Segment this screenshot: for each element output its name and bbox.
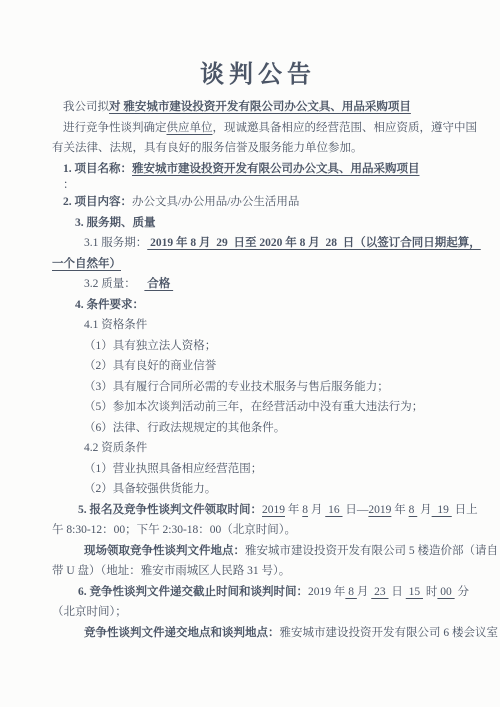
text-segment: （1）具有独立法人资格； [84, 340, 216, 352]
text-segment: 3.1 服务期： [84, 237, 147, 249]
text-segment: 月 [357, 586, 371, 598]
deadline-line: 6. 竞争性谈判文件递交截止时间和谈判时间：2019 年 8 月 23 日 15… [0, 582, 500, 603]
qualification-item-2: （2）具有良好的商业信誉 [0, 356, 500, 377]
text-segment: 有关法律、法规，具有良好的服务信誉及服务能力单位参加。 [52, 142, 363, 154]
credential-heading-line: 4.2 资质条件 [0, 438, 500, 459]
text-segment: 时 [423, 586, 437, 598]
project-content-line: 2. 项目内容：办公文具/办公用品/办公生活用品 [0, 192, 500, 213]
text-segment: 2019 [368, 504, 391, 516]
intro-line-1: 我公司拟对 雅安城市建设投资开发有限公司办公文具、用品采购项目 [0, 97, 500, 118]
text-segment: （6）法律、行政法规规定的其他条件。 [84, 422, 285, 434]
text-segment: 年 [391, 504, 408, 516]
text-segment: 3. 服务期、质量 [75, 217, 156, 229]
text-segment: 月 [308, 504, 325, 516]
text-segment: 办公文具/办公用品/办公生活用品 [132, 196, 299, 208]
credential-item-1: （1）营业执照具备相应经营范围； [0, 459, 500, 480]
text-segment: 2019 年 8 月 29 日至 2020 年 8 月 28 日（以签订合同日期… [147, 237, 481, 249]
text-segment: 分 [455, 586, 469, 598]
submit-place-line: 竞争性谈判文件递交地点和谈判地点：雅安城市建设投资开发有限公司 6 楼会议室 [0, 623, 500, 644]
text-segment: 供应单位 [167, 122, 213, 134]
deadline-cont-line: （北京时间）； [0, 602, 500, 623]
text-segment: 3.2 质量： [84, 278, 136, 290]
text-segment: 竞争性谈判文件递交地点和谈判地点： [84, 627, 280, 639]
text-segment: 雅安城市建设投资开发有限公司办公文具、用品采购项目 [132, 163, 420, 175]
service-period-line: 3.1 服务期： 2019 年 8 月 29 日至 2020 年 8 月 28 … [0, 233, 500, 254]
text-segment: 2. 项目内容： [63, 196, 132, 208]
text-segment: （北京时间）； [52, 606, 127, 618]
text-segment: 16 [325, 504, 342, 516]
text-segment: 19 [432, 504, 452, 516]
text-segment: 00 [437, 586, 454, 598]
text-segment: ，现诚邀具备相应的经营范围、相应资质，遵守中国 [213, 122, 478, 134]
intro-line-3: 有关法律、法规，具有良好的服务信誉及服务能力单位参加。 [0, 138, 500, 159]
quality-line: 3.2 质量： 合格 [0, 274, 500, 295]
text-segment: 2019 年 [308, 586, 345, 598]
project-name-line: 1. 项目名称：雅安城市建设投资开发有限公司办公文具、用品采购项目 [0, 159, 500, 180]
text-segment: 我公司拟 [63, 101, 109, 113]
text-segment: 年 [285, 504, 302, 516]
text-segment: （2）具备较强供货能力。 [84, 483, 216, 495]
conditions-heading-line: 4. 条件要求： [0, 295, 500, 316]
text-segment: 8 [345, 586, 357, 598]
text-segment: 现场领取竞争性谈判文件地点： [84, 545, 245, 557]
service-period-cont-line: 一个自然年） [0, 254, 500, 275]
text-segment: 日上 [452, 504, 478, 516]
text-segment: 午 8:30-12：00；下午 2:30-18：00（北京时间）。 [52, 524, 296, 536]
qualification-item-6: （6）法律、行政法规规定的其他条件。 [0, 418, 500, 439]
text-segment: 月 [417, 504, 431, 516]
pickup-place-cont-line: 带 U 盘）（地址：雅安市雨城区人民路 31 号）。 [0, 561, 500, 582]
text-segment: 1. 项目名称： [63, 163, 132, 175]
text-segment: 合格 [144, 278, 173, 290]
text-segment: 6. 竞争性谈判文件递交截止时间和谈判时间： [78, 586, 308, 598]
text-segment: 4.1 资格条件 [84, 319, 147, 331]
text-segment: （5）参加本次谈判活动前三年，在经营活动中没有重大违法行为； [84, 401, 423, 413]
service-heading-line: 3. 服务期、质量 [0, 213, 500, 234]
text-segment: （1）营业执照具备相应经营范围； [84, 463, 262, 475]
text-segment: 23 [371, 586, 388, 598]
scanned-document-page: 谈判公告 我公司拟对 雅安城市建设投资开发有限公司办公文具、用品采购项目进行竞争… [0, 0, 500, 707]
pickup-place-line: 现场领取竞争性谈判文件地点：雅安城市建设投资开发有限公司 5 楼造价部（请自 [0, 541, 500, 562]
text-segment: 对 雅安城市建设投资开发有限公司办公文具、用品采购项目 [109, 101, 411, 113]
qualification-heading-line: 4.1 资格条件 [0, 315, 500, 336]
text-segment: （2）具有良好的商业信誉 [84, 360, 216, 372]
qualification-item-5: （5）参加本次谈判活动前三年，在经营活动中没有重大违法行为； [0, 397, 500, 418]
text-segment: 5. 报名及竞争性谈判文件领取时间： [78, 504, 262, 516]
text-segment: 雅安城市建设投资开发有限公司 6 楼会议室 [280, 627, 499, 639]
text-segment: 2019 [262, 504, 285, 516]
text-segment: 一个自然年） [52, 258, 121, 270]
signup-time-line: 5. 报名及竞争性谈判文件领取时间：2019 年 8 月 16 日—2019 年… [0, 500, 500, 521]
text-segment: 日— [343, 504, 369, 516]
intro-line-2: 进行竞争性谈判确定供应单位，现诚邀具备相应的经营范围、相应资质，遵守中国 [0, 118, 500, 139]
text-segment: 4. 条件要求： [75, 299, 144, 311]
text-segment: 雅安城市建设投资开发有限公司 5 楼造价部（请自 [245, 545, 498, 557]
qualification-item-3: （3）具有履行合同所必需的专业技术服务与售后服务能力； [0, 377, 500, 398]
text-segment: ： [63, 179, 75, 191]
text-segment: 8 [409, 504, 418, 516]
text-segment: 15 [406, 586, 423, 598]
credential-item-2: （2）具备较强供货能力。 [0, 479, 500, 500]
text-segment: 4.2 资质条件 [84, 442, 147, 454]
stray-colon-line: ： [0, 179, 500, 192]
document-body: 我公司拟对 雅安城市建设投资开发有限公司办公文具、用品采购项目进行竞争性谈判确定… [0, 0, 500, 643]
text-segment: 进行竞争性谈判确定 [63, 122, 167, 134]
signup-time-cont-line: 午 8:30-12：00；下午 2:30-18：00（北京时间）。 [0, 520, 500, 541]
text-segment: （3）具有履行合同所必需的专业技术服务与售后服务能力； [84, 381, 389, 393]
qualification-item-1: （1）具有独立法人资格； [0, 336, 500, 357]
text-segment: 日 [389, 586, 406, 598]
text-segment: 带 U 盘）（地址：雅安市雨城区人民路 31 号）。 [52, 565, 290, 577]
